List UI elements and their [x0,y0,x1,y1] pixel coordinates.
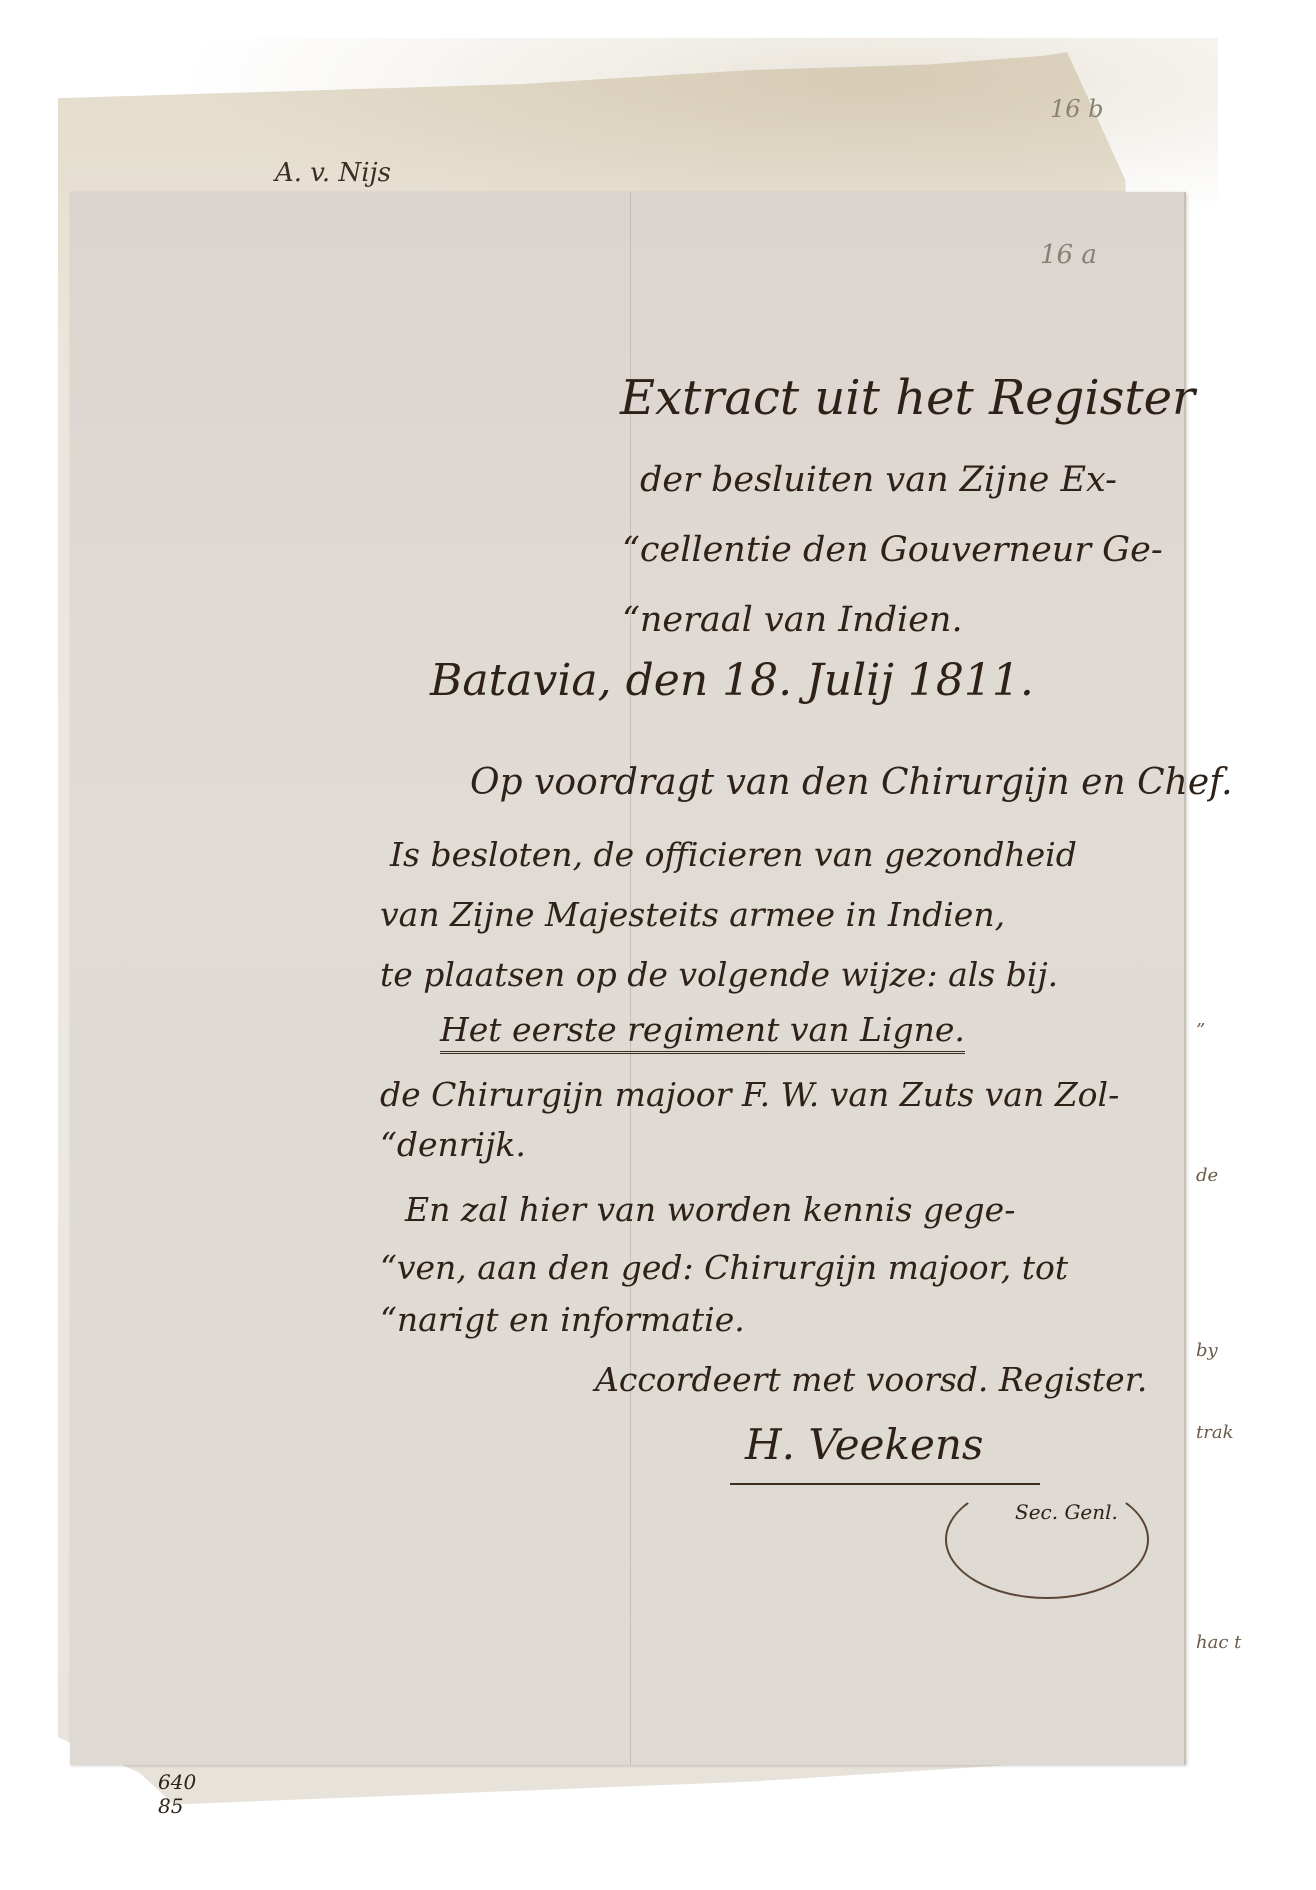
title-line-1: Extract uit het Register [620,370,1195,426]
back-sheet-annotation: A. v. Nijs [275,158,391,188]
back-sheet-fragment: by [1196,1340,1218,1361]
front-sheet-page-number: 16 a [1040,240,1097,270]
bottom-left-notes: 640 85 [158,1770,196,1818]
title-line-3: “cellentie den Gouverneur Ge- [622,530,1163,570]
attestation: Accordeert met voorsd. Register. [595,1360,1147,1399]
paragraph-1-line: te plaatsen op de volgende wijze: als bi… [380,955,1058,994]
paragraph-2-line: “denrijk. [380,1125,526,1164]
paragraph-3-line: “narigt en informatie. [380,1300,745,1339]
paragraph-1-line: van Zijne Majesteits armee in Indien, [380,895,1005,934]
note-line: 85 [158,1794,196,1818]
paragraph-3-line: En zal hier van worden kennis gege- [405,1190,1015,1229]
back-sheet-fragment: trak [1196,1422,1233,1443]
signature-flourish [945,1480,1149,1599]
title-line-2: der besluiten van Zijne Ex- [640,460,1117,500]
back-sheet-page-number: 16 b [1050,95,1104,123]
back-sheet-fragment: hac t [1196,1632,1241,1653]
signature-underline [730,1483,1040,1485]
place-date: Batavia, den 18. Julij 1811. [430,655,1034,706]
title-line-4: “neraal van Indien. [622,600,963,640]
signature: H. Veekens [745,1420,983,1469]
paragraph-1-line: Is besloten, de officieren van gezondhei… [390,835,1077,874]
back-sheet-fragment: de [1196,1165,1218,1186]
signature-title: Sec. Genl. [1015,1500,1118,1524]
paragraph-3-line: “ven, aan den ged: Chirurgijn majoor, to… [380,1248,1068,1287]
paragraph-1-line: Op voordragt van den Chirurgijn en Chef. [470,762,1233,803]
note-line: 640 [158,1770,196,1794]
paragraph-2-line: de Chirurgijn majoor F. W. van Zuts van … [380,1075,1119,1114]
section-heading: Het eerste regiment van Ligne. [440,1010,965,1054]
back-sheet-fragment: ” [1196,1020,1205,1041]
